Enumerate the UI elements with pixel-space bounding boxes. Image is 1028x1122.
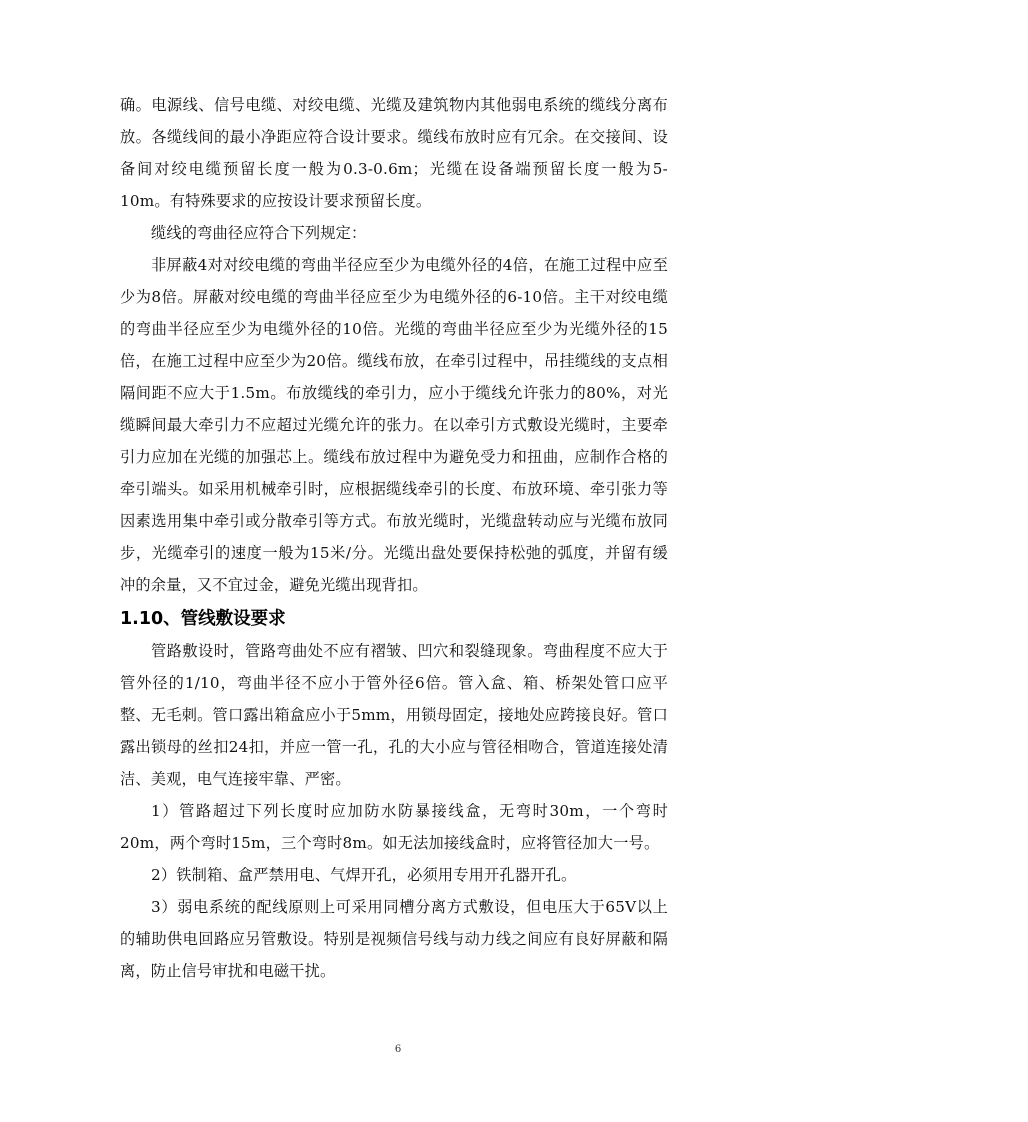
section-heading: 1.10、管线敷设要求 <box>120 602 668 636</box>
document-page: 确。电源线、信号电缆、对绞电缆、光缆及建筑物内其他弱电系统的缆线分离布放。各缆线… <box>120 89 668 987</box>
paragraph-cable-separation: 确。电源线、信号电缆、对绞电缆、光缆及建筑物内其他弱电系统的缆线分离布放。各缆线… <box>120 89 668 217</box>
paragraph-bend-radius-rules: 非屏蔽4对对绞电缆的弯曲半径应至少为电缆外径的4倍，在施工过程中应至少为8倍。屏… <box>120 249 668 601</box>
list-item-wiring-separation: 3）弱电系统的配线原则上可采用同槽分离方式敷设，但电压大于65V以上的辅助供电回… <box>120 891 668 987</box>
list-item-junction-box: 1）管路超过下列长度时应加防水防暴接线盒，无弯时30m，一个弯时20m，两个弯时… <box>120 795 668 859</box>
paragraph-conduit-laying: 管路敷设时，管路弯曲处不应有褶皱、凹穴和裂缝现象。弯曲程度不应大于管外径的1/1… <box>120 635 668 795</box>
list-item-no-welding: 2）铁制箱、盒严禁用电、气焊开孔，必须用专用开孔器开孔。 <box>120 859 668 891</box>
paragraph-bend-radius-intro: 缆线的弯曲径应符合下列规定： <box>120 217 668 249</box>
page-number: 6 <box>388 1044 408 1055</box>
